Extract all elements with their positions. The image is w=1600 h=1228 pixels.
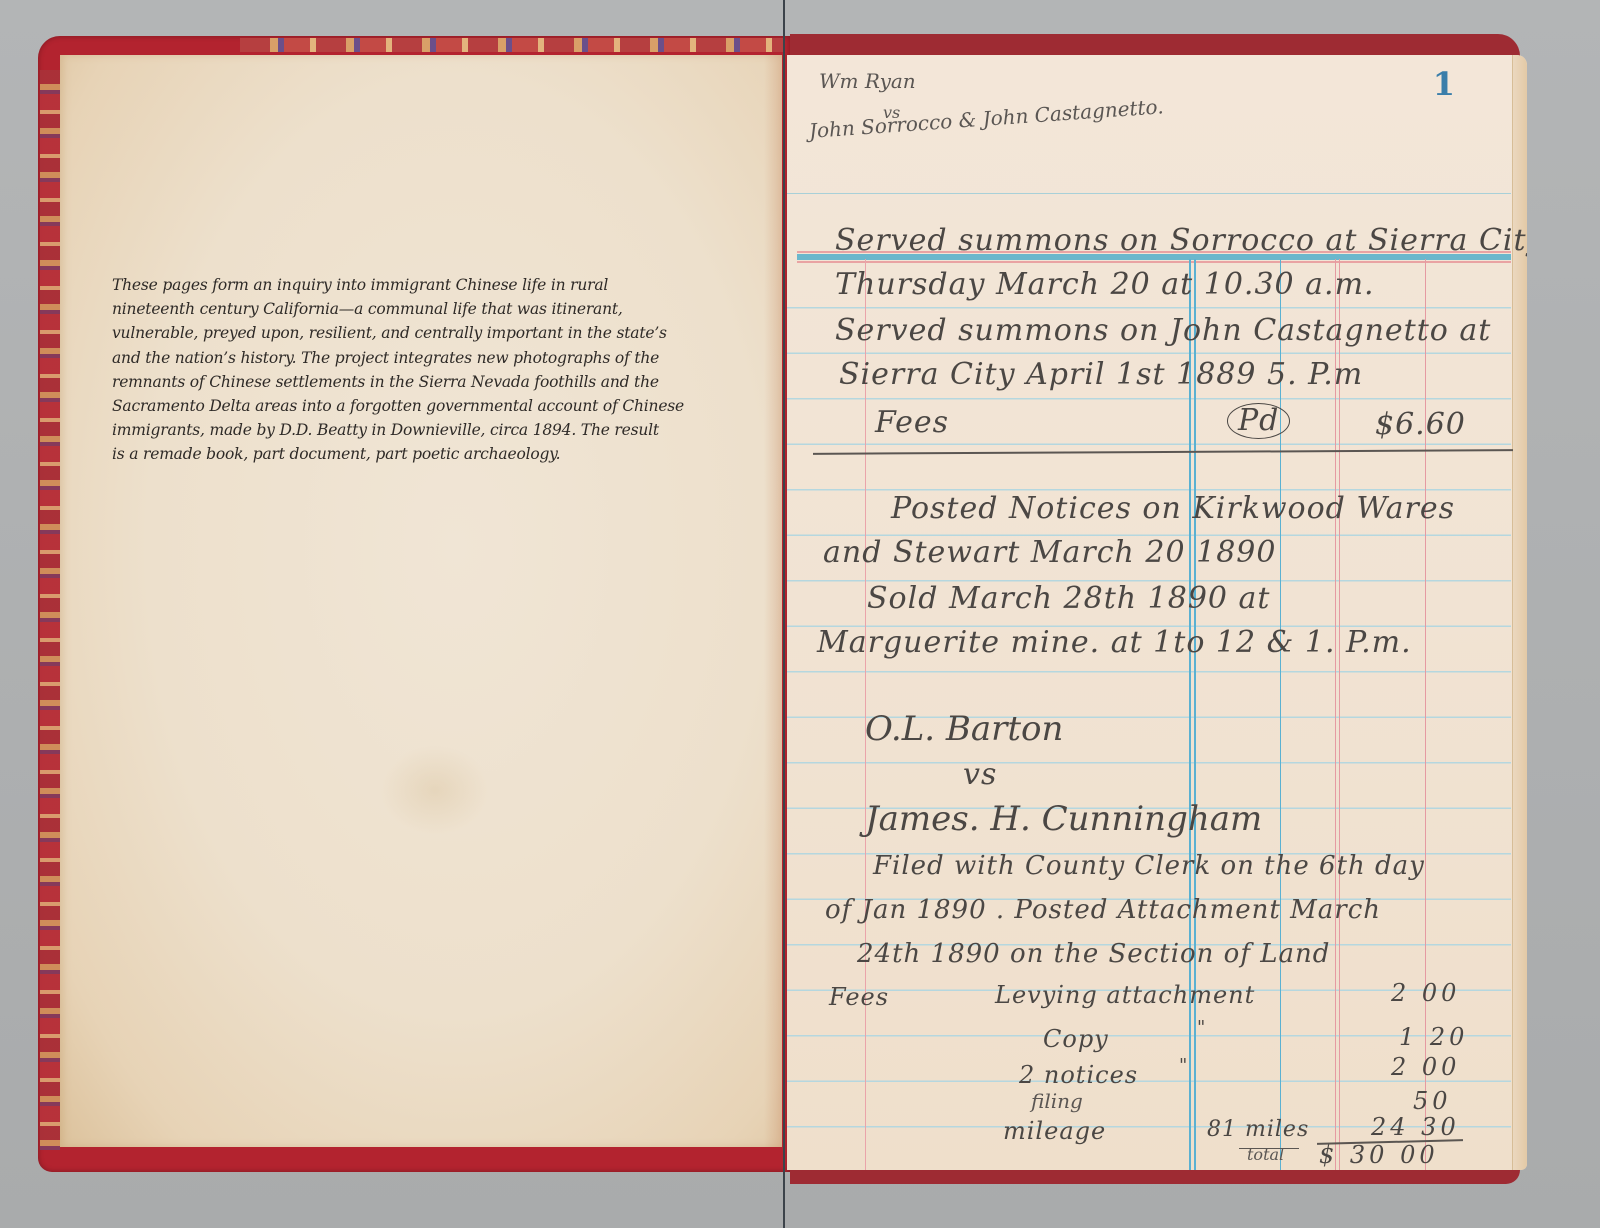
intro-paragraph: These pages form an inquiry into immigra… xyxy=(112,273,732,467)
column-line-red xyxy=(1335,259,1336,1170)
entry1-line: Served summons on Sorrocco at Sierra Cit… xyxy=(835,223,1527,258)
page-number: 1 xyxy=(1433,65,1455,103)
column-line-blue xyxy=(1189,259,1191,1170)
case2-defendant: James. H. Cunningham xyxy=(865,799,1262,839)
column-line-blue xyxy=(1194,259,1196,1170)
paper-stain xyxy=(380,745,490,835)
intro-line: These pages form an inquiry into immigra… xyxy=(112,273,732,297)
fee-item-amount: 1 20 xyxy=(1399,1023,1468,1051)
entry1-line: Served summons on John Castagnetto at xyxy=(835,313,1491,348)
total-amount: $ 30 00 xyxy=(1319,1141,1439,1169)
intro-line: Sacramento Delta areas into a forgotten … xyxy=(112,394,732,418)
column-line-blue xyxy=(1280,259,1281,1170)
entry2-line: Marguerite mine. at 1to 12 & 1. P.m. xyxy=(817,625,1412,660)
case2-versus: vs xyxy=(963,757,997,792)
fee-item-amount: 50 xyxy=(1413,1087,1452,1115)
ledger-page: 1 Wm Ryan vs John Sorrocco & John Castag… xyxy=(787,55,1527,1170)
header-rule xyxy=(787,193,1511,194)
marbled-top-edge xyxy=(240,38,785,52)
case2-line: Filed with County Clerk on the 6th day xyxy=(873,851,1425,881)
intro-line: remnants of Chinese settlements in the S… xyxy=(112,370,732,394)
entry2-line: Sold March 28th 1890 at xyxy=(867,581,1270,616)
entry1-fees-amount: $6.60 xyxy=(1375,407,1466,442)
case-plaintiff: Wm Ryan xyxy=(819,69,916,93)
entry1-line: Thursday March 20 at 10.30 a.m. xyxy=(835,267,1375,302)
marbled-side-edge xyxy=(40,70,60,1150)
spread-divider xyxy=(783,0,785,1228)
entry2-line: and Stewart March 20 1890 xyxy=(823,535,1276,570)
intro-line: immigrants, made by D.D. Beatty in Downi… xyxy=(112,418,732,442)
fee-item-amount: 2 00 xyxy=(1391,979,1460,1007)
fee-item-amount: 2 00 xyxy=(1391,1053,1460,1081)
left-gutter xyxy=(764,55,782,1147)
paid-mark: Pd xyxy=(1227,403,1290,439)
intro-line: vulnerable, preyed upon, resilient, and … xyxy=(112,321,732,345)
case2-fees-label: Fees xyxy=(829,983,889,1011)
fee-item-label: filing xyxy=(1031,1089,1083,1113)
fee-item-label: mileage xyxy=(1003,1117,1106,1145)
left-page: These pages form an inquiry into immigra… xyxy=(60,55,782,1147)
fee-item-ditto: " xyxy=(1179,1055,1188,1076)
case2-plaintiff: O.L. Barton xyxy=(865,709,1063,749)
case2-line: of Jan 1890 . Posted Attachment March xyxy=(825,895,1381,925)
fee-item-miles: 81 miles xyxy=(1207,1117,1309,1142)
case2-line: 24th 1890 on the Section of Land xyxy=(857,939,1330,969)
entry2-line: Posted Notices on Kirkwood Wares xyxy=(891,491,1455,526)
fee-item-ditto: " xyxy=(1197,1017,1206,1038)
intro-line: and the nation’s history. The project in… xyxy=(112,346,732,370)
case-defendants: John Sorrocco & John Castagnetto. xyxy=(808,94,1164,143)
fee-item-amount: 24 30 xyxy=(1371,1113,1460,1141)
entry1-line: Sierra City April 1st 1889 5. P.m xyxy=(839,357,1363,392)
entry1-fees-label: Fees xyxy=(875,405,949,440)
fee-item-label: 2 notices xyxy=(1019,1061,1138,1089)
intro-line: is a remade book, part document, part po… xyxy=(112,442,732,466)
fee-item-label: Levying attachment xyxy=(995,981,1255,1009)
paid-circle: Pd xyxy=(1227,403,1290,439)
total-label: total xyxy=(1247,1145,1284,1164)
fee-item-label: Copy xyxy=(1043,1025,1109,1053)
intro-line: nineteenth century California—a communal… xyxy=(112,297,732,321)
column-line-red xyxy=(1339,259,1340,1170)
